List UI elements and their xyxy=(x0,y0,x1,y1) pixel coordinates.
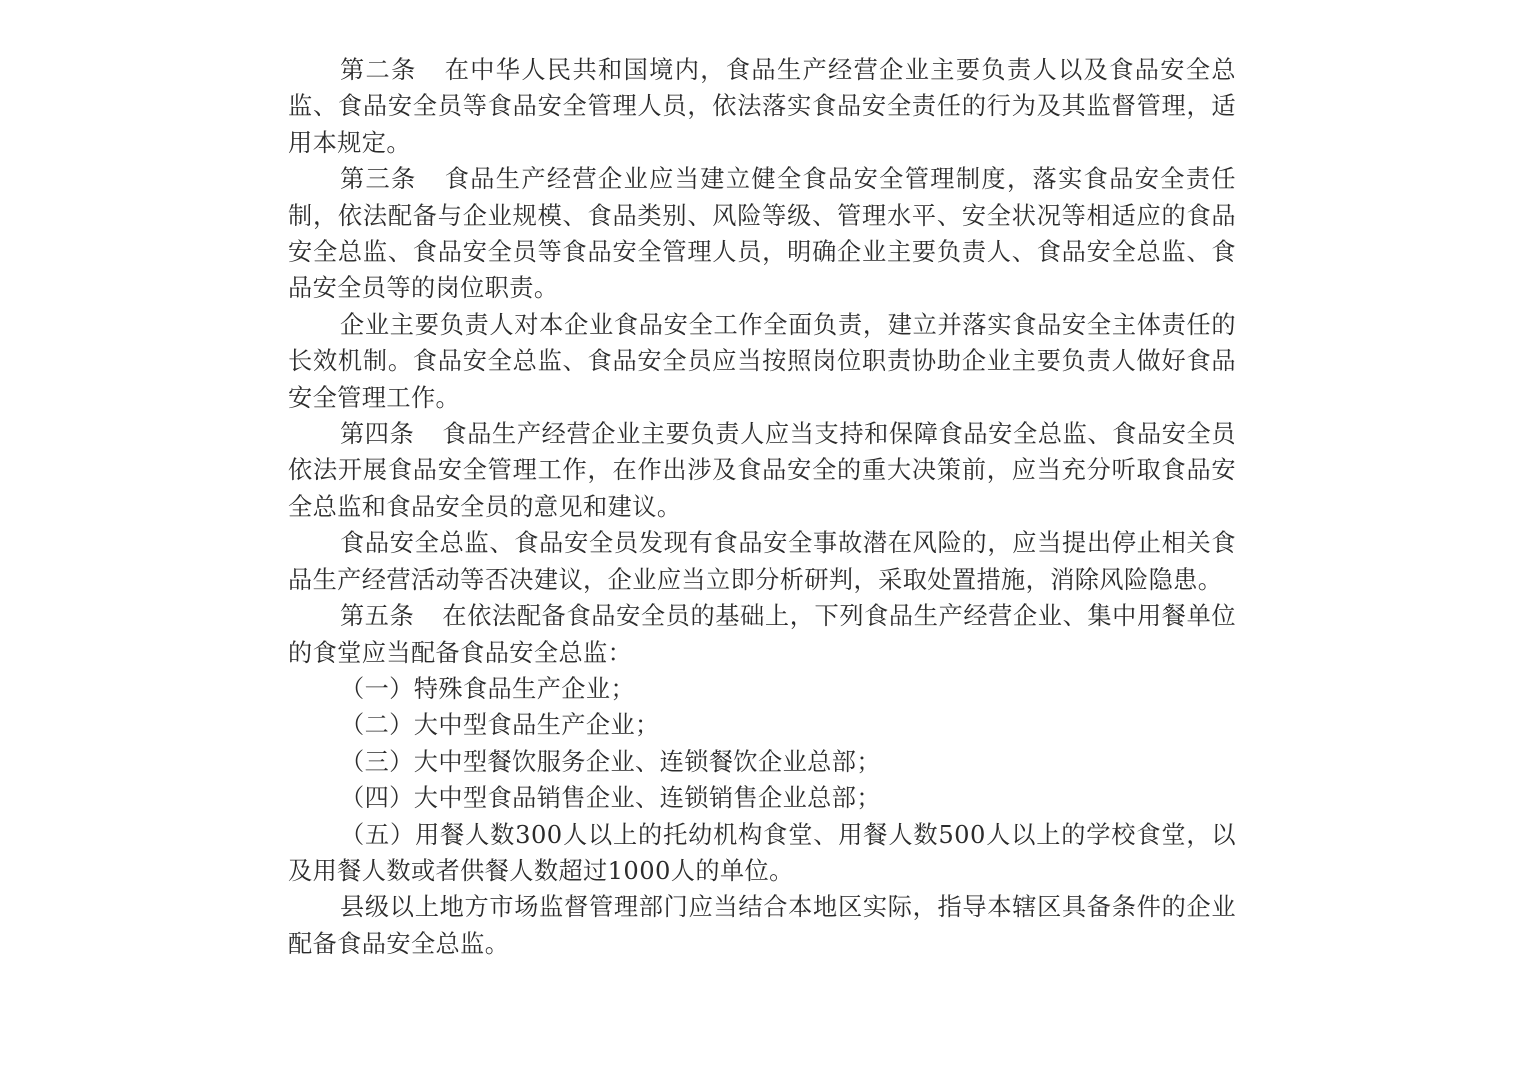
article-4-paragraph-2: 食品安全总监、食品安全员发现有食品安全事故潜在风险的，应当提出停止相关食品生产经… xyxy=(288,525,1236,598)
article-label: 第三条 xyxy=(340,165,417,193)
list-item-4: （四）大中型食品销售企业、连锁销售企业总部； xyxy=(288,780,1236,816)
article-label: 第五条 xyxy=(340,602,414,630)
article-5-paragraph-2: 县级以上地方市场监督管理部门应当结合本地区实际，指导本辖区具备条件的企业配备食品… xyxy=(288,889,1236,962)
list-item-3: （三）大中型餐饮服务企业、连锁餐饮企业总部； xyxy=(288,744,1236,780)
article-text: 食品生产经营企业主要负责人应当支持和保障食品安全总监、食品安全员依法开展食品安全… xyxy=(288,420,1236,521)
article-text: 食品生产经营企业应当建立健全食品安全管理制度，落实食品安全责任制，依法配备与企业… xyxy=(288,165,1236,302)
article-text: 在依法配备食品安全员的基础上，下列食品生产经营企业、集中用餐单位的食堂应当配备食… xyxy=(288,602,1236,666)
list-item-2: （二）大中型食品生产企业； xyxy=(288,707,1236,743)
article-label: 第二条 xyxy=(340,56,417,84)
list-item-5: （五）用餐人数300人以上的托幼机构食堂、用餐人数500人以上的学校食堂，以及用… xyxy=(288,817,1236,890)
list-item-1: （一）特殊食品生产企业； xyxy=(288,671,1236,707)
article-text: 在中华人民共和国境内，食品生产经营企业主要负责人以及食品安全总监、食品安全员等食… xyxy=(288,56,1236,157)
article-label: 第四条 xyxy=(340,420,414,448)
article-3: 第三条食品生产经营企业应当建立健全食品安全管理制度，落实食品安全责任制，依法配备… xyxy=(288,161,1236,307)
article-3-paragraph-2: 企业主要负责人对本企业食品安全工作全面负责，建立并落实食品安全主体责任的长效机制… xyxy=(288,307,1236,416)
document-page: 第二条在中华人民共和国境内，食品生产经营企业主要负责人以及食品安全总监、食品安全… xyxy=(288,52,1236,962)
article-2: 第二条在中华人民共和国境内，食品生产经营企业主要负责人以及食品安全总监、食品安全… xyxy=(288,52,1236,161)
article-5: 第五条在依法配备食品安全员的基础上，下列食品生产经营企业、集中用餐单位的食堂应当… xyxy=(288,598,1236,671)
article-4: 第四条食品生产经营企业主要负责人应当支持和保障食品安全总监、食品安全员依法开展食… xyxy=(288,416,1236,525)
